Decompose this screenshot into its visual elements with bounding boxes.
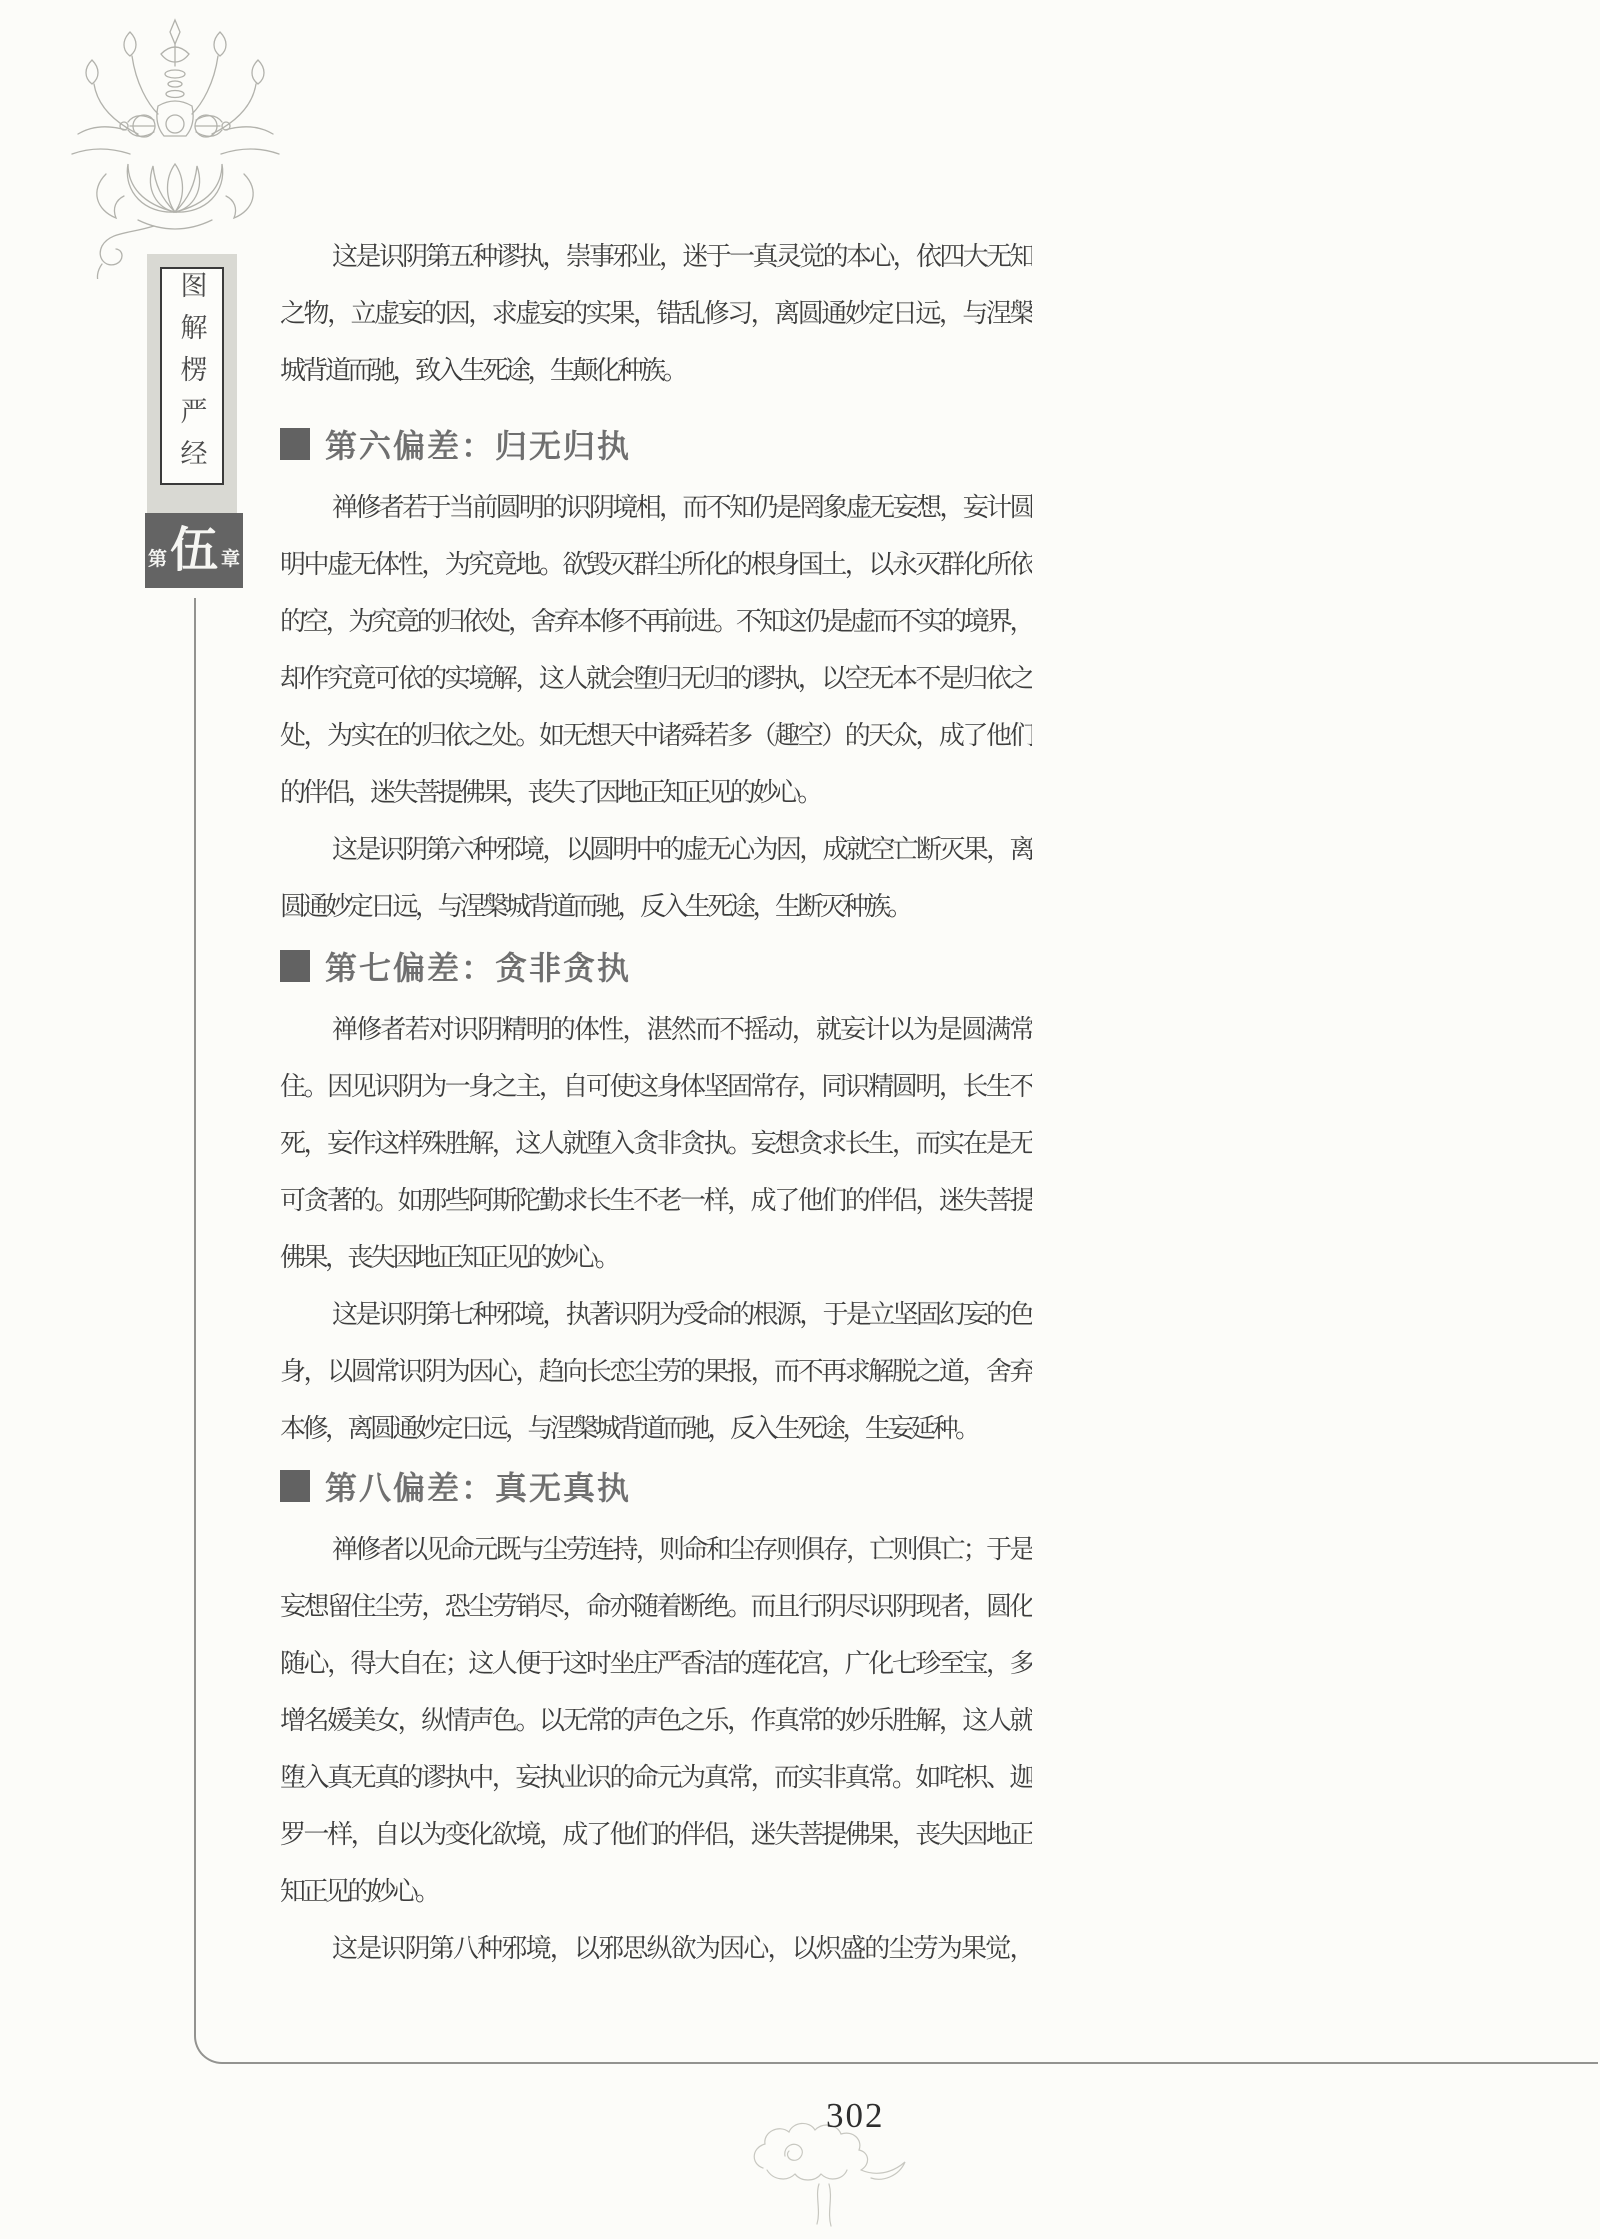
section-heading-6: 第六偏差：归无归执 xyxy=(280,422,631,466)
heading-bullet-icon xyxy=(280,1470,310,1502)
book-title: 图解楞严经 xyxy=(173,271,212,481)
heading-bullet-icon xyxy=(280,950,310,982)
text-line: 这是识阴第五种谬执，崇事邪业，迷于一真灵觉的本心，依四大无知 xyxy=(280,228,1032,285)
text-line: 城背道而驰，致入生死途，生颠化种族。 xyxy=(280,342,1032,399)
paragraph-section7-2: 这是识阴第七种邪境，执著识阴为受命的根源，于是立坚固幻妄的色 身，以圆常识阴为因… xyxy=(280,1286,1032,1457)
chapter-prefix: 第 xyxy=(148,544,167,571)
text-line: 妄想留住尘劳，恐尘劳销尽，命亦随着断绝。而且行阴尽识阴现者，圆化 xyxy=(280,1578,1032,1635)
text-line: 知正见的妙心。 xyxy=(280,1863,1032,1920)
text-line: 之物，立虚妄的因，求虚妄的实果，错乱修习，离圆通妙定日远，与涅槃 xyxy=(280,285,1032,342)
text-line: 这是识阴第六种邪境，以圆明中的虚无心为因，成就空亡断灭果，离 xyxy=(280,821,1032,878)
text-line: 可贪著的。如那些阿斯陀勤求长生不老一样，成了他们的伴侣，迷失菩提 xyxy=(280,1172,1032,1229)
text-line: 随心，得大自在；这人便于这时坐庄严香洁的莲花宫，广化七珍至宝，多 xyxy=(280,1635,1032,1692)
text-line: 的空，为究竟的归依处，舍弃本修不再前进。不知这仍是虚而不实的境界， xyxy=(280,593,1032,650)
text-line: 却作究竟可依的实境解，这人就会堕归无归的谬执，以空无本不是归依之 xyxy=(280,650,1032,707)
text-line: 禅修者以见命元既与尘劳连持，则命和尘存则俱存，亡则俱亡；于是 xyxy=(280,1521,1032,1578)
paragraph-section6-2: 这是识阴第六种邪境，以圆明中的虚无心为因，成就空亡断灭果，离 圆通妙定日远，与涅… xyxy=(280,821,1032,935)
text-line: 堕入真无真的谬执中，妄执业识的命元为真常，而实非真常。如咤枳、迦 xyxy=(280,1749,1032,1806)
text-line: 佛果，丧失因地正知正见的妙心。 xyxy=(280,1229,1032,1286)
section-heading-8: 第八偏差：真无真执 xyxy=(280,1464,631,1508)
chapter-number: 伍 xyxy=(170,527,218,575)
book-page: 图解楞严经 第 伍 章 这是识阴第五种谬执，崇事邪业，迷于一真灵觉的本心，依四大… xyxy=(0,0,1600,2239)
chapter-suffix: 章 xyxy=(221,544,240,571)
text-line: 处，为实在的归依之处。如无想天中诸舜若多（趣空）的天众，成了他们 xyxy=(280,707,1032,764)
chapter-badge: 第 伍 章 xyxy=(145,513,243,588)
text-line: 罗一样，自以为变化欲境，成了他们的伴侣，迷失菩提佛果，丧失因地正 xyxy=(280,1806,1032,1863)
text-line: 住。因见识阴为一身之主，自可使这身体坚固常存，同识精圆明，长生不 xyxy=(280,1058,1032,1115)
page-number: 302 xyxy=(826,2096,885,2136)
heading-text: 第七偏差：贪非贪执 xyxy=(325,943,631,989)
paragraph-intro: 这是识阴第五种谬执，崇事邪业，迷于一真灵觉的本心，依四大无知 之物，立虚妄的因，… xyxy=(280,228,1032,399)
text-line: 身，以圆常识阴为因心，趋向长恋尘劳的果报，而不再求解脱之道，舍弃 xyxy=(280,1343,1032,1400)
paragraph-section7-1: 禅修者若对识阴精明的体性，湛然而不摇动，就妄计以为是圆满常 住。因见识阴为一身之… xyxy=(280,1001,1032,1286)
text-line: 增名媛美女，纵情声色。以无常的声色之乐，作真常的妙乐胜解，这人就 xyxy=(280,1692,1032,1749)
text-line: 明中虚无体性，为究竟地。欲毁灭群尘所化的根身国土，以永灭群化所依 xyxy=(280,536,1032,593)
text-line: 这是识阴第七种邪境，执著识阴为受命的根源，于是立坚固幻妄的色 xyxy=(280,1286,1032,1343)
text-line: 本修，离圆通妙定日远，与涅槃城背道而驰，反入生死途，生妄延种。 xyxy=(280,1400,1032,1457)
book-title-banner: 图解楞严经 xyxy=(160,267,224,485)
lotus-vajra-ornament-icon xyxy=(58,14,293,279)
text-line: 圆通妙定日远，与涅槃城背道而驰，反入生死途，生断灭种族。 xyxy=(280,878,1032,935)
text-line: 禅修者若对识阴精明的体性，湛然而不摇动，就妄计以为是圆满常 xyxy=(280,1001,1032,1058)
text-line: 禅修者若于当前圆明的识阴境相，而不知仍是罔象虚无妄想，妄计圆 xyxy=(280,479,1032,536)
section-heading-7: 第七偏差：贪非贪执 xyxy=(280,944,631,988)
text-line: 的伴侣，迷失菩提佛果，丧失了因地正知正见的妙心。 xyxy=(280,764,1032,821)
heading-text: 第六偏差：归无归执 xyxy=(325,421,631,467)
paragraph-section8-2: 这是识阴第八种邪境，以邪思纵欲为因心，以炽盛的尘劳为果觉， xyxy=(280,1920,1032,1977)
paragraph-section6-1: 禅修者若于当前圆明的识阴境相，而不知仍是罔象虚无妄想，妄计圆 明中虚无体性，为究… xyxy=(280,479,1032,821)
text-line: 死，妄作这样殊胜解，这人就堕入贪非贪执。妄想贪求长生，而实在是无 xyxy=(280,1115,1032,1172)
text-line: 这是识阴第八种邪境，以邪思纵欲为因心，以炽盛的尘劳为果觉， xyxy=(280,1920,1032,1977)
heading-bullet-icon xyxy=(280,428,310,460)
paragraph-section8-1: 禅修者以见命元既与尘劳连持，则命和尘存则俱存，亡则俱亡；于是 妄想留住尘劳，恐尘… xyxy=(280,1521,1032,1920)
heading-text: 第八偏差：真无真执 xyxy=(325,1463,631,1509)
